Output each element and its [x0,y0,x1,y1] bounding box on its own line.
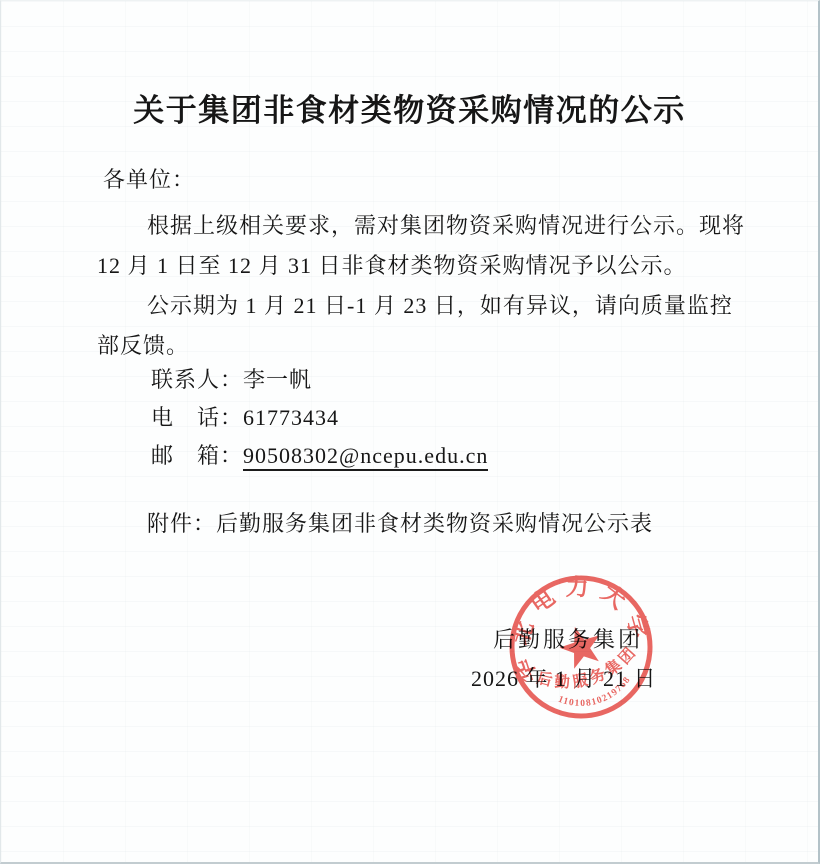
phone-row: 电 话：61773434 [151,405,339,431]
contact-person-value: 李一帆 [243,367,312,392]
email-label: 邮 箱： [151,443,243,469]
paragraph1-line2: 12 月 1 日至 12 月 31 日非食材类物资采购情况予以公示。 [97,253,687,279]
document-title: 关于集团非食材类物资采购情况的公示 [1,85,818,130]
paragraph1-line1: 根据上级相关要求，需对集团物资采购情况进行公示。现将 [147,213,745,239]
paragraph2-line2: 部反馈。 [97,333,189,359]
attachment-line: 附件：后勤服务集团非食材类物资采购情况公示表 [147,511,653,537]
salutation: 各单位： [103,167,195,193]
notice-document-page: 关于集团非食材类物资采购情况的公示 各单位： 根据上级相关要求，需对集团物资采购… [0,0,820,864]
email-value: 90508302@ncepu.edu.cn [243,443,488,471]
paragraph2-line1: 公示期为 1 月 21 日-1 月 23 日，如有异议，请向质量监控 [147,293,733,319]
seal-star-icon [555,621,607,671]
contact-person-label: 联系人： [151,367,243,393]
seal-university-name: 华北电力大学 [506,572,656,686]
official-seal: 华北电力大学 后勤服务集团 11010810219768 [506,572,656,722]
phone-label: 电 话： [151,405,243,431]
svg-text:华北电力大学: 华北电力大学 [506,572,656,686]
email-row: 邮 箱：90508302@ncepu.edu.cn [151,443,488,469]
contact-person-row: 联系人：李一帆 [151,367,312,393]
phone-value: 61773434 [243,405,339,430]
